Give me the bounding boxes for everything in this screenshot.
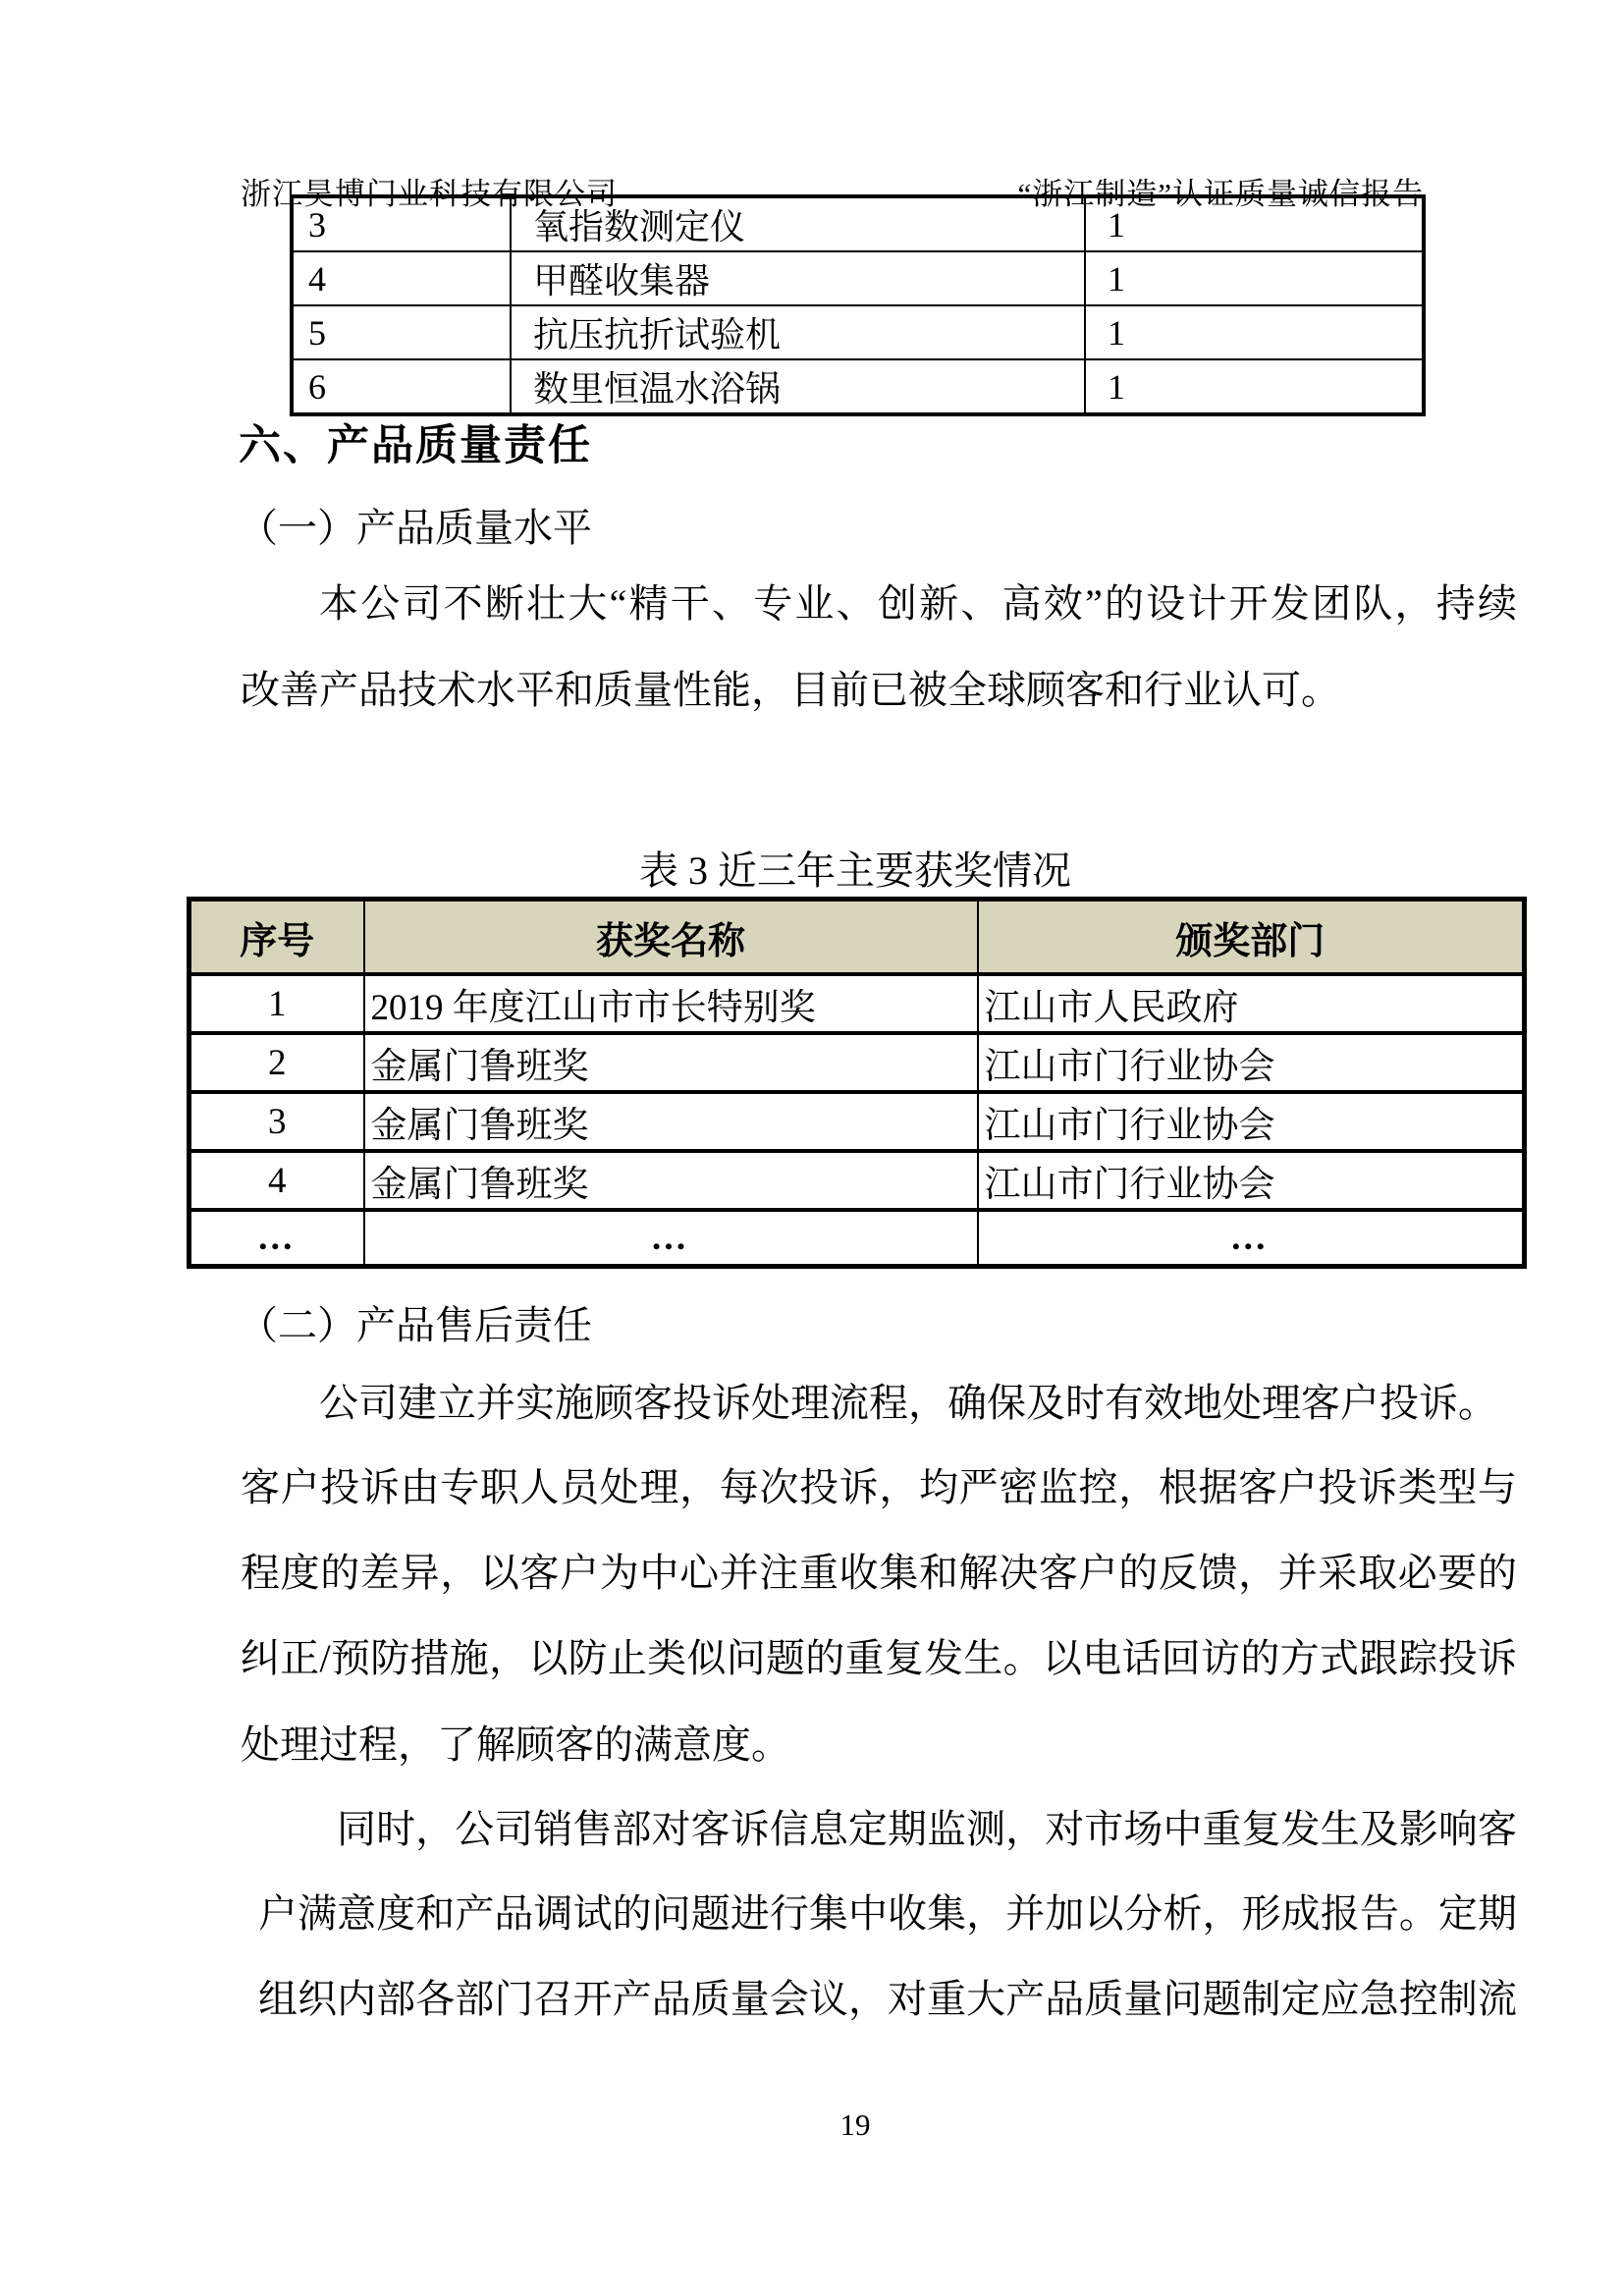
document-page: 浙江昊博门业科技有限公司 “浙江制造”认证质量诚信报告 3 氧指数测定仪 1 4… <box>0 0 1623 2296</box>
equipment-name: 数里恒温水浴锅 <box>511 359 1085 414</box>
award-org: 江山市门行业协会 <box>978 1033 1525 1092</box>
paragraph-line: 户满意度和产品调试的问题进行集中收集，并加以分析，形成报告。定期 <box>258 1892 1517 1937</box>
paragraph-line: 组织内部各部门召开产品质量会议，对重大产品质量问题制定应急控制流 <box>258 1978 1517 2022</box>
paragraph-line: 纠正/预防措施，以防止类似问题的重复发生。以电话回访的方式跟踪投诉 <box>241 1637 1517 1681</box>
equipment-name: 氧指数测定仪 <box>511 196 1085 251</box>
table-row: 2 金属门鲁班奖 江山市门行业协会 <box>189 1033 1525 1092</box>
table-row: 1 2019 年度江山市市长特别奖 江山市人民政府 <box>189 974 1525 1033</box>
table-row: 5 抗压抗折试验机 1 <box>292 305 1424 359</box>
equipment-row-index: 5 <box>292 305 511 359</box>
award-name: 金属门鲁班奖 <box>364 1092 978 1151</box>
award-org: 江山市门行业协会 <box>978 1151 1525 1210</box>
equipment-row-index: 3 <box>292 196 511 251</box>
award-index: 3 <box>189 1092 364 1151</box>
equipment-qty: 1 <box>1085 359 1424 414</box>
award-org: 江山市人民政府 <box>978 974 1525 1033</box>
section-heading: 六、产品质量责任 <box>239 412 592 472</box>
paragraph-line: 本公司不断壮大“精干、专业、创新、高效”的设计开发团队，持续 <box>241 582 1517 627</box>
award-index: 1 <box>189 974 364 1033</box>
table-header-row: 序号 获奖名称 颁奖部门 <box>189 900 1525 975</box>
table-row: 3 金属门鲁班奖 江山市门行业协会 <box>189 1092 1525 1151</box>
equipment-row-index: 4 <box>292 251 511 305</box>
subsection-heading-2: （二）产品售后责任 <box>239 1294 592 1350</box>
equipment-qty: 1 <box>1085 305 1424 359</box>
award-index: 4 <box>189 1151 364 1210</box>
column-header-award-name: 获奖名称 <box>364 900 978 975</box>
award-index: 2 <box>189 1033 364 1092</box>
paragraph-line: 程度的差异，以客户为中心并注重收集和解决客户的反馈，并采取必要的 <box>241 1552 1517 1596</box>
award-name: 2019 年度江山市市长特别奖 <box>364 974 978 1033</box>
award-name: 金属门鲁班奖 <box>364 1151 978 1210</box>
column-header-award-org: 颁奖部门 <box>978 900 1525 975</box>
paragraph-line: 改善产品技术水平和质量性能，目前已被全球顾客和行业认可。 <box>241 669 1517 713</box>
award-index: … <box>189 1210 364 1267</box>
table-row: 6 数里恒温水浴锅 1 <box>292 359 1424 414</box>
table-row: 4 金属门鲁班奖 江山市门行业协会 <box>189 1151 1525 1210</box>
subsection-heading-1: （一）产品质量水平 <box>239 497 592 553</box>
column-header-index: 序号 <box>189 900 364 975</box>
equipment-name: 抗压抗折试验机 <box>511 305 1085 359</box>
awards-table: 序号 获奖名称 颁奖部门 1 2019 年度江山市市长特别奖 江山市人民政府 2… <box>187 897 1527 1269</box>
award-name: 金属门鲁班奖 <box>364 1033 978 1092</box>
award-org: … <box>978 1210 1525 1267</box>
equipment-qty: 1 <box>1085 251 1424 305</box>
award-org: 江山市门行业协会 <box>978 1092 1525 1151</box>
table-row: 4 甲醛收集器 1 <box>292 251 1424 305</box>
page-number: 19 <box>189 2107 1522 2143</box>
paragraph-line: 公司建立并实施顾客投诉处理流程，确保及时有效地处理客户投诉。 <box>241 1382 1517 1426</box>
equipment-name: 甲醛收集器 <box>511 251 1085 305</box>
equipment-table: 3 氧指数测定仪 1 4 甲醛收集器 1 5 抗压抗折试验机 1 6 数里恒温水… <box>290 194 1426 416</box>
equipment-row-index: 6 <box>292 359 511 414</box>
paragraph-line: 同时，公司销售部对客诉信息定期监测，对市场中重复发生及影响客 <box>258 1808 1517 1852</box>
paragraph-line: 处理过程，了解顾客的满意度。 <box>241 1723 1517 1768</box>
equipment-qty: 1 <box>1085 196 1424 251</box>
paragraph-line: 客户投诉由专职人员处理，每次投诉，均严密监控，根据客户投诉类型与 <box>241 1466 1517 1510</box>
award-name: … <box>364 1210 978 1267</box>
table-caption: 表 3 近三年主要获奖情况 <box>189 840 1522 896</box>
table-row: 3 氧指数测定仪 1 <box>292 196 1424 251</box>
table-row-ellipsis: … … … <box>189 1210 1525 1267</box>
